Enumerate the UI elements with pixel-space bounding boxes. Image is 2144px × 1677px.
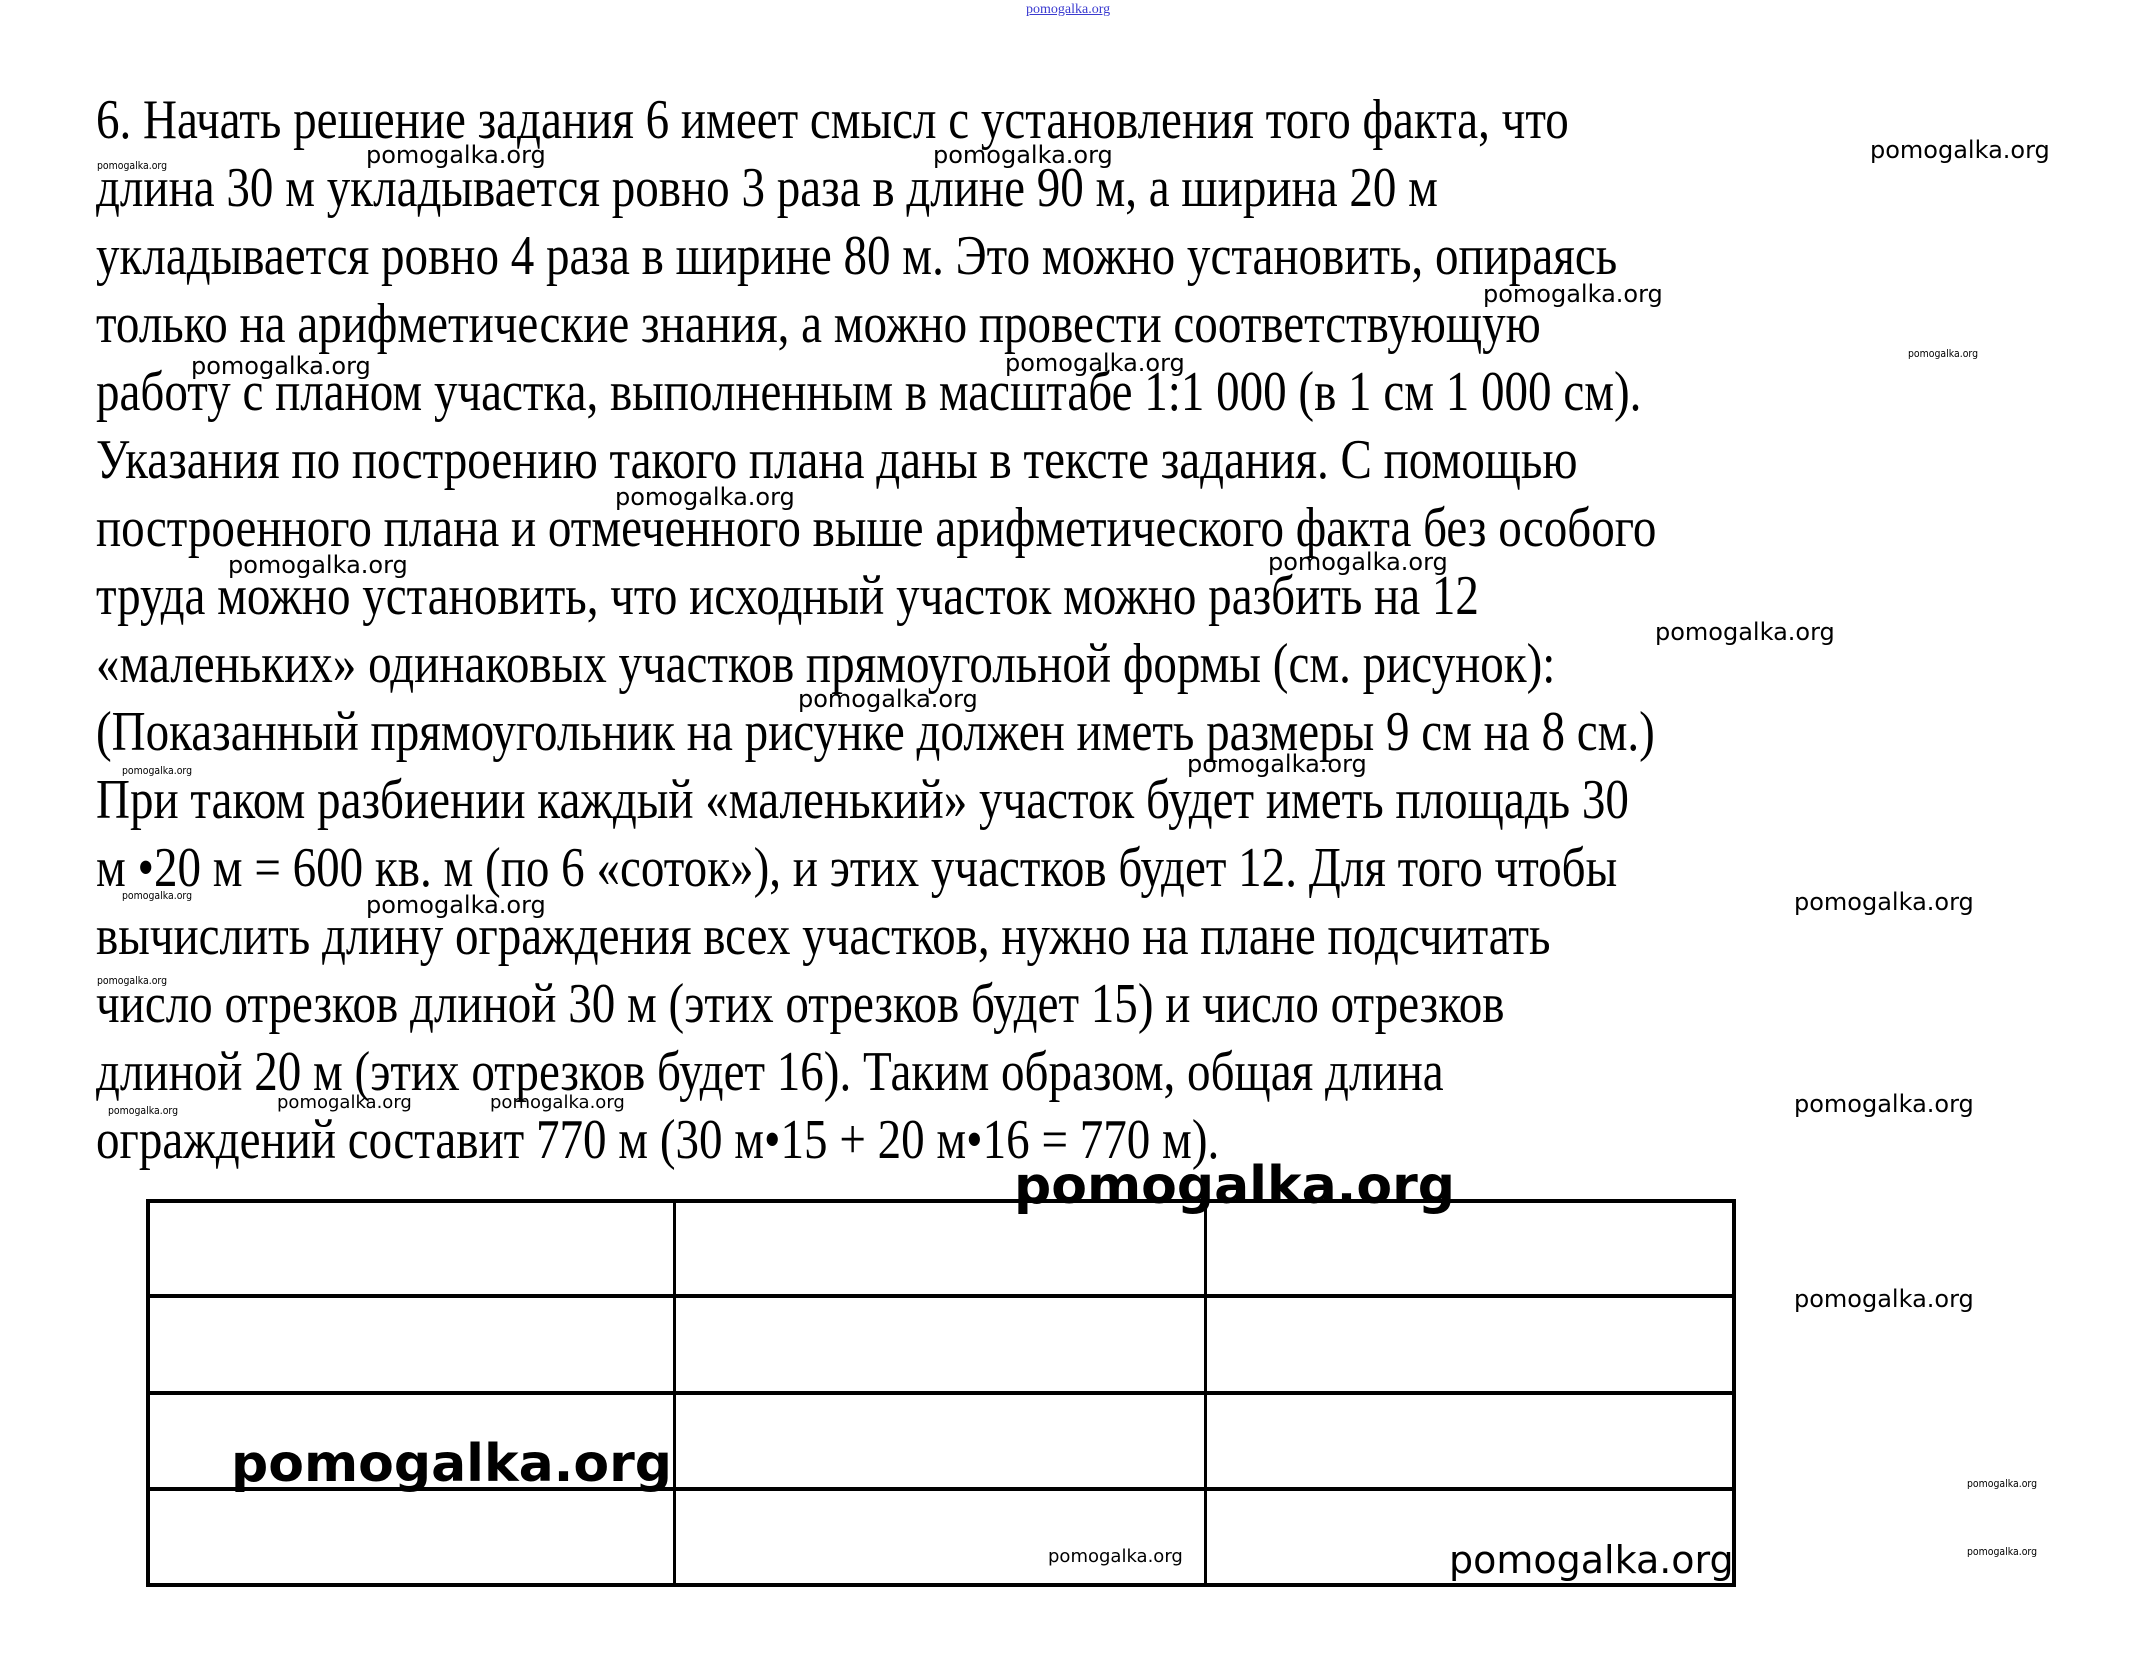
watermark: pomogalka.org (615, 485, 795, 509)
watermark: pomogalka.org (1967, 1478, 2037, 1489)
grid-line (1204, 1199, 1207, 1587)
grid-line (146, 1391, 1736, 1395)
watermark: pomogalka.org (1794, 1092, 1974, 1116)
watermark: pomogalka.org (122, 765, 192, 776)
text-line: длина 30 м укладывается ровно 3 раза в д… (96, 154, 1656, 222)
grid-line (146, 1294, 1736, 1298)
watermark: pomogalka.org (108, 1105, 178, 1116)
text-line: При таком разбиении каждый «маленький» у… (96, 766, 1656, 834)
watermark: pomogalka.org (1048, 1548, 1183, 1566)
text-line: Указания по построению такого плана даны… (96, 426, 1656, 494)
grid-line (146, 1583, 1736, 1587)
document-page: pomogalka.org 6. Начать решение задания … (0, 0, 2144, 1677)
watermark: pomogalka.org (1483, 282, 1663, 306)
text-line: только на арифметические знания, а можно… (96, 290, 1656, 358)
watermark: pomogalka.org (490, 1094, 625, 1112)
plot-plan-figure (146, 1199, 1736, 1587)
watermark: pomogalka.org (228, 553, 408, 577)
watermark: pomogalka.org (122, 890, 192, 901)
text-line: 6. Начать решение задания 6 имеет смысл … (96, 86, 1656, 154)
watermark: pomogalka.org (97, 975, 167, 986)
text-line: вычислить длину ограждения всех участков… (96, 902, 1656, 970)
watermark: pomogalka.org (1967, 1546, 2037, 1557)
watermark: pomogalka.org (1870, 138, 2050, 162)
watermark: pomogalka.org (1449, 1541, 1734, 1579)
watermark: pomogalka.org (277, 1094, 412, 1112)
watermark: pomogalka.org (1268, 550, 1448, 574)
watermark: pomogalka.org (366, 893, 546, 917)
watermark: pomogalka.org (798, 687, 978, 711)
watermark: pomogalka.org (231, 1438, 672, 1490)
text-line: м •20 м = 600 кв. м (по 6 «соток»), и эт… (96, 834, 1656, 902)
watermark: pomogalka.org (191, 354, 371, 378)
watermark-top-link[interactable]: pomogalka.org (1026, 3, 1110, 17)
text-line: число отрезков длиной 30 м (этих отрезко… (96, 970, 1656, 1038)
grid-line (1732, 1199, 1736, 1587)
watermark: pomogalka.org (1908, 348, 1978, 359)
watermark: pomogalka.org (97, 160, 167, 171)
watermark: pomogalka.org (1005, 351, 1185, 375)
grid-line (146, 1199, 1736, 1203)
grid-line (146, 1199, 150, 1587)
watermark: pomogalka.org (1014, 1160, 1455, 1212)
watermark: pomogalka.org (1794, 1287, 1974, 1311)
text-line: укладывается ровно 4 раза в ширине 80 м.… (96, 222, 1656, 290)
watermark: pomogalka.org (366, 143, 546, 167)
watermark: pomogalka.org (1187, 752, 1367, 776)
watermark: pomogalka.org (1794, 890, 1974, 914)
watermark: pomogalka.org (933, 143, 1113, 167)
grid-line (673, 1199, 676, 1587)
watermark: pomogalka.org (1655, 620, 1835, 644)
